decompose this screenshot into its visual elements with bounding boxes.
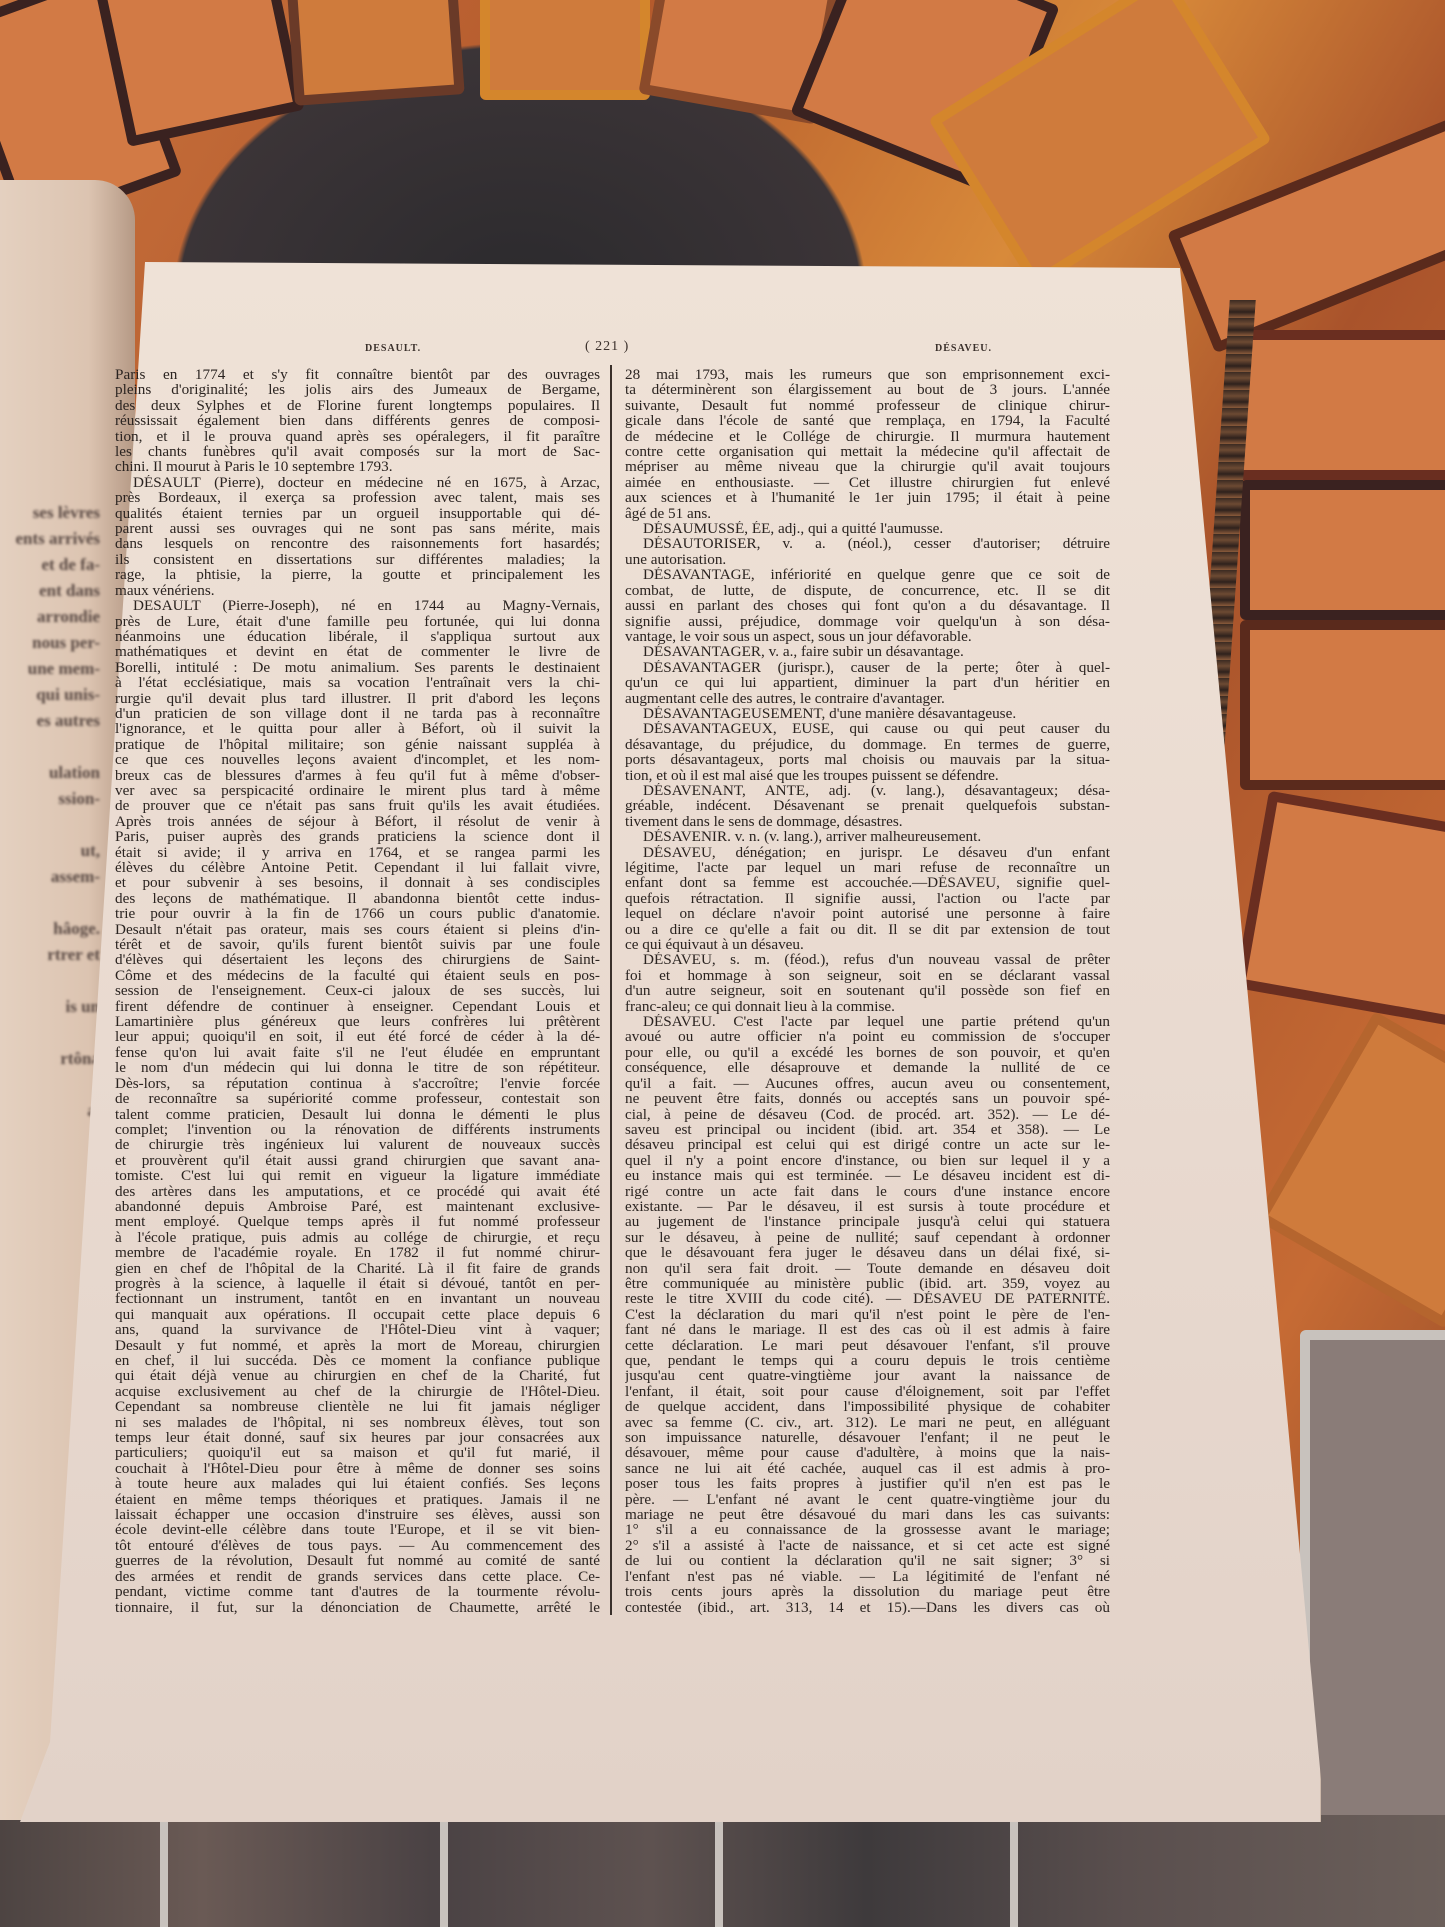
text-line: qu'un ce qui lui appartient, diminuer la…	[625, 675, 1110, 690]
left-column: Paris en 1774 et s'y fit connaître bient…	[115, 367, 600, 1615]
text-line: Paris, puiser auprès des grands praticie…	[115, 829, 600, 844]
text-line: l'ignorance, et le quitta pour aller à B…	[115, 721, 600, 736]
text-line: contre cette organisation qui mettait la…	[625, 444, 1110, 459]
mosaic-tile	[480, 0, 650, 100]
text-line: enfant dont sa femme est accouchée.—DÉSA…	[625, 875, 1110, 890]
text-line: DÉSAVEU, s. m. (féod.), refus d'un nouve…	[625, 952, 1110, 967]
mosaic-tile	[1240, 620, 1445, 790]
text-line: tionnaire, il fut, sur la dénonciation d…	[115, 1600, 600, 1615]
text-line: Borelli, intitulé : De motu animalium. S…	[115, 660, 600, 675]
text-line: pleins d'originalité; les jolis airs des…	[115, 382, 600, 397]
text-line: désavouer, même pour cause d'adultère, à…	[625, 1445, 1110, 1460]
text-line: être communiquée au ministère public (ib…	[625, 1276, 1110, 1291]
text-line: térêt et de savoir, qu'ils furent bientô…	[115, 937, 600, 952]
text-line: ment employé. Quelque temps après il fut…	[115, 1214, 600, 1229]
text-line: que, pendant le temps qui a couru depuis…	[625, 1353, 1110, 1368]
text-line: de reconnaître sa supériorité comme prof…	[115, 1091, 600, 1106]
text-line: augmentant celle des autres, le contrair…	[625, 691, 1110, 706]
facing-text-fragment	[0, 734, 100, 760]
facing-text-fragment: une mem-	[0, 656, 100, 682]
text-line: quefois rétractation. Il signifie aussi,…	[625, 891, 1110, 906]
text-line: pendant, victime comme tant d'autres de …	[115, 1584, 600, 1599]
mosaic-tile	[1230, 330, 1445, 480]
facing-text-fragment: ssion-	[0, 786, 100, 812]
text-line: parent aussi ses ouvrages qui ne sont pa…	[115, 521, 600, 536]
text-line: poser tous les faits propres à justifier…	[625, 1476, 1110, 1491]
mosaic-tile	[1255, 1011, 1445, 1329]
text-line: DESAULT (Pierre-Joseph), né en 1744 au M…	[115, 598, 600, 613]
text-line: des armées et rendit de grands services …	[115, 1569, 600, 1584]
text-line: de chirurgie très ingénieux lui valurent…	[115, 1137, 600, 1152]
text-line: de prouver que ce n'était pas sans fruit…	[115, 798, 600, 813]
facing-text-fragment: ses lèvres	[0, 500, 100, 526]
text-line: saveu est principal ou incident (ibid. a…	[625, 1122, 1110, 1137]
right-column: 28 mai 1793, mais les rumeurs que son em…	[625, 367, 1110, 1615]
text-line: au jugement de l'instance principale jus…	[625, 1214, 1110, 1229]
text-line: père. — L'enfant né avant le cent quatre…	[625, 1492, 1110, 1507]
text-line: tion, et il le prouva quand après ses op…	[115, 429, 600, 444]
mosaic-grout	[160, 1815, 168, 1927]
text-line: Cependant sa nombreuse clientèle ne lui …	[115, 1399, 600, 1414]
text-line: Après trois années de séjour à Béfort, i…	[115, 814, 600, 829]
mosaic-tile	[1240, 480, 1445, 620]
text-line: DÉSAUTORISER, v. a. (néol.), cesser d'au…	[625, 536, 1110, 551]
text-line: non qu'il sera fait droit. — Toute deman…	[625, 1261, 1110, 1276]
text-line: près de Lure, était d'une famille peu fo…	[115, 614, 600, 629]
text-line: en chef, il lui succéda. Dès ce moment l…	[115, 1353, 600, 1368]
text-line: de lui ou contient la déclaration qu'il …	[625, 1553, 1110, 1568]
column-divider	[610, 365, 612, 1615]
facing-text-fragment: ut,	[0, 838, 100, 864]
facing-text-fragment	[0, 890, 100, 916]
text-line: acquise exclusivement au chef de la chir…	[115, 1384, 600, 1399]
page-content: DESAULT. ( 221 ) DÉSAVEU. Paris en 1774 …	[115, 345, 1115, 1675]
text-line: couchait à l'Hôtel-Dieu pour être à même…	[115, 1461, 600, 1476]
text-line: Desault y fut nommé, et après la mort de…	[115, 1338, 600, 1353]
text-line: 2° s'il a assisté à l'acte de naissance,…	[625, 1538, 1110, 1553]
text-line: laissait échapper une occasion d'instrui…	[115, 1507, 600, 1522]
text-line: foi et hommage à son seigneur, soit en s…	[625, 968, 1110, 983]
text-line: ports désavantageux, ports mal choisis o…	[625, 752, 1110, 767]
facing-text-fragment: qui unis-	[0, 682, 100, 708]
text-line: ver avec sa perspicacité ordinaire le mi…	[115, 783, 600, 798]
text-line: sance ne lui ait été cachée, auquel cas …	[625, 1461, 1110, 1476]
text-line: C'est la déclaration du mari qu'il n'est…	[625, 1307, 1110, 1322]
text-line: son impuissance naturelle, désavouer l'e…	[625, 1430, 1110, 1445]
text-line: chini. Il mourut à Paris le 10 septembre…	[115, 459, 600, 474]
text-line: particuliers; quoiqu'il eut sa maison et…	[115, 1445, 600, 1460]
text-line: avec sa femme (C. civ., art. 312). Le ma…	[625, 1415, 1110, 1430]
text-line: et prouvèrent qu'il était aussi grand ch…	[115, 1153, 600, 1168]
mosaic-tile	[1300, 1330, 1445, 1850]
text-line: dans lesquels on rencontre des raisonnem…	[115, 536, 600, 551]
facing-text-fragment: assem-	[0, 864, 100, 890]
text-line: talent comme praticien, Desault lui donn…	[115, 1107, 600, 1122]
text-line: complet; l'invention ou la rénovation de…	[115, 1122, 600, 1137]
text-line: gien en chef de l'hôpital de la Charité.…	[115, 1261, 600, 1276]
text-line: et pour subvenir à ses besoins, il donna…	[115, 875, 600, 890]
facing-text-fragment: rtrer et	[0, 942, 100, 968]
text-line: étaient en même temps théoriques et prat…	[115, 1492, 600, 1507]
text-line: aussi en parlant des choses qui font qu'…	[625, 598, 1110, 613]
text-line: tivement dans le sens de dommage, désast…	[625, 814, 1110, 829]
text-line: gicale dans l'école de santé que remplaç…	[625, 413, 1110, 428]
running-head-right: DÉSAVEU.	[935, 343, 992, 354]
text-line: fant né dans le mariage. Il est des cas …	[625, 1322, 1110, 1337]
text-line: DÉSAVANTAGEUSEMENT, d'une manière désava…	[625, 706, 1110, 721]
text-line: eu instance mais qui est terminée. — Le …	[625, 1168, 1110, 1183]
facing-text-fragment: ulation	[0, 760, 100, 786]
text-line: combat, de lutte, de dispute, de concurr…	[625, 583, 1110, 598]
text-line: mépriser au même niveau que la chirurgie…	[625, 459, 1110, 474]
text-line: rage, la phtisie, la pierre, la goutte e…	[115, 567, 600, 582]
text-line: tôt entouré d'élèves de tous pays. — Au …	[115, 1538, 600, 1553]
text-line: maux vénériens.	[115, 583, 600, 598]
text-line: ce que ces nouvelles leçons avaient d'in…	[115, 752, 600, 767]
text-line: désavantage, du préjudice, du dommage. E…	[625, 737, 1110, 752]
text-line: Côme et des médecins de la faculté qui é…	[115, 968, 600, 983]
text-line: gréable, indécent. Désavenant se prenait…	[625, 798, 1110, 813]
text-line: DÉSAVENIR. v. n. (v. lang.), arriver mal…	[625, 829, 1110, 844]
text-line: reste le titre XVIII du code cité). — DÉ…	[625, 1291, 1110, 1306]
facing-text-fragment: nous per-	[0, 630, 100, 656]
text-line: rurgie qu'il devait plus tard illustrer.…	[115, 691, 600, 706]
text-line: quel il n'y a point encore d'instance, o…	[625, 1153, 1110, 1168]
text-line: néanmoins une éducation libérale, il s'a…	[115, 629, 600, 644]
text-line: qu'il a fait. — Aucunes offres, aucun av…	[625, 1076, 1110, 1091]
text-line: d'un praticien de son village dont il ne…	[115, 706, 600, 721]
text-line: qui manquait aux opérations. Il occupait…	[115, 1307, 600, 1322]
text-line: Lamartinière plus généreux que leurs con…	[115, 1014, 600, 1029]
facing-text-fragment: a.	[0, 1098, 100, 1124]
text-line: à toute heure aux malades qui lui étaien…	[115, 1476, 600, 1491]
text-line: près Bordeaux, il exerça sa profession a…	[115, 490, 600, 505]
text-line: cial, à peine de désaveu (Cod. de procéd…	[625, 1107, 1110, 1122]
text-line: jusqu'au cent quatre-vingtième jour avan…	[625, 1368, 1110, 1383]
text-line: désaveu principal est celui qui est diri…	[625, 1137, 1110, 1152]
text-line: DÉSAVANTAGEUX, EUSE, qui cause ou qui pe…	[625, 721, 1110, 736]
text-line: DÉSAVENANT, ANTE, adj. (v. lang.), désav…	[625, 783, 1110, 798]
facing-text-fragment	[0, 812, 100, 838]
text-line: breux cas de blessures d'armes à feu qu'…	[115, 768, 600, 783]
text-line: existante. — Par le désaveu, il est surs…	[625, 1199, 1110, 1214]
text-line: l'enfant n'est pas né viable. — La légit…	[625, 1569, 1110, 1584]
text-line: d'élèves qui désertaient les leçons des …	[115, 952, 600, 967]
text-line: avoué ou autre officier n'a point eu com…	[625, 1029, 1110, 1044]
text-line: signifie aussi, préjudice, dommage voir …	[625, 614, 1110, 629]
text-line: ans, quand la survivance de l'Hôtel-Dieu…	[115, 1322, 600, 1337]
text-line: ils consistent en dissertations sur diff…	[115, 552, 600, 567]
text-line: sur le désaveu, à peine de nullité; sauf…	[625, 1230, 1110, 1245]
text-line: progrès à la science, à laquelle il étai…	[115, 1276, 600, 1291]
text-line: le nom d'un médecin qui lui donna le tit…	[115, 1060, 600, 1075]
text-line: aux sciences et à l'humanité le 1er juin…	[625, 490, 1110, 505]
text-line: une autorisation.	[625, 552, 1110, 567]
text-line: ta déterminèrent son élargissement au bo…	[625, 382, 1110, 397]
text-line: membre de l'académie royale. En 1782 il …	[115, 1245, 600, 1260]
text-line: fectionnant un instrument, tantôt en en …	[115, 1291, 600, 1306]
text-line: mariage ne peut être désavoué du mari da…	[625, 1507, 1110, 1522]
text-line: tion, et où il est mal aisé que les trou…	[625, 768, 1110, 783]
text-line: DÉSAVEU. C'est l'acte par lequel une par…	[625, 1014, 1110, 1029]
text-line: contestée (ibid., art. 313, 14 et 15).—D…	[625, 1600, 1110, 1615]
mosaic-tile	[95, 0, 304, 147]
text-line: session de l'enseignement. Ceux-ci jalou…	[115, 983, 600, 998]
facing-text-fragment: hâoge.	[0, 916, 100, 942]
text-line: des leçons de mathématique. Il abandonna…	[115, 891, 600, 906]
text-line: à l'école pratique, puis admis au collég…	[115, 1230, 600, 1245]
page-number: ( 221 )	[585, 339, 629, 355]
facing-text-fragment: rtôna	[0, 1046, 100, 1072]
text-line: DÉSAVANTAGE, infériorité en quelque genr…	[625, 567, 1110, 582]
text-line: guerres de la révolution, Desault fut no…	[115, 1553, 600, 1568]
text-line: les chants funèbres qu'il avait composés…	[115, 444, 600, 459]
text-line: DÉSAVEU, dénégation; en jurispr. Le désa…	[625, 845, 1110, 860]
text-line: ne peuvent être faits, donnés ou accepté…	[625, 1091, 1110, 1106]
text-line: pratique de l'hôpital militaire; son gén…	[115, 737, 600, 752]
facing-text-fragment	[0, 1072, 100, 1098]
facing-page-text: ses lèvresents arrivéset de fa-ent dansa…	[0, 500, 100, 1124]
text-line: DÉSAULT (Pierre), docteur en médecine né…	[115, 475, 600, 490]
text-line: leur appui; quoiqu'il en soit, il eut ét…	[115, 1029, 600, 1044]
text-line: que le désavouant fera juger le désaveu …	[625, 1245, 1110, 1260]
facing-text-fragment: et de fa-	[0, 552, 100, 578]
facing-text-fragment: ents arrivés	[0, 526, 100, 552]
text-line: fense qu'on lui avait faite s'il ne l'eu…	[115, 1045, 600, 1060]
text-line: l'enfant, il était, soit pour cause d'él…	[625, 1384, 1110, 1399]
text-line: abandonné depuis Ambroise Paré, est main…	[115, 1199, 600, 1214]
text-line: DÉSAVANTAGER, v. a., faire subir un désa…	[625, 644, 1110, 659]
text-line: tomiste. C'est lui qui remit en vigueur …	[115, 1168, 600, 1183]
text-line: rigé contre un acte fait dans le cours d…	[625, 1184, 1110, 1199]
text-line: suivante, Desault fut nommé professeur d…	[625, 398, 1110, 413]
facing-text-fragment	[0, 1020, 100, 1046]
text-line: qui était déjà venue au chirurgien en ch…	[115, 1368, 600, 1383]
text-line: légitime, l'acte par lequel un mari refu…	[625, 860, 1110, 875]
mosaic-tile	[1234, 791, 1445, 1030]
text-line: temps leur était donné, sauf six heures …	[115, 1430, 600, 1445]
text-line: Desault n'était pas orateur, mais ses co…	[115, 922, 600, 937]
running-head-left: DESAULT.	[365, 343, 421, 354]
text-line: de médecine et le Collége de chirurgie. …	[625, 429, 1110, 444]
text-line: à l'état ecclésiatique, mais sa vocation…	[115, 675, 600, 690]
text-line: ni ses malades de l'hôpital, ni ses nomb…	[115, 1415, 600, 1430]
text-line: aimée en enthousiaste. — Cet illustre ch…	[625, 475, 1110, 490]
facing-text-fragment: ent dans	[0, 578, 100, 604]
mosaic-grout	[715, 1815, 723, 1927]
text-line: d'un autre seigneur, soit en soutenant q…	[625, 983, 1110, 998]
text-line: trie pour ouvrir à la fin de 1766 un cou…	[115, 906, 600, 921]
text-line: vantage, le voir sous un aspect, sous un…	[625, 629, 1110, 644]
facing-text-fragment	[0, 968, 100, 994]
text-line: conséquence, elle désaprouve et demande …	[625, 1060, 1110, 1075]
text-line: Paris en 1774 et s'y fit connaître bient…	[115, 367, 600, 382]
text-line: firent défendre de continuer à enseigner…	[115, 999, 600, 1014]
text-line: qualités étaient ternies par un orgueil …	[115, 506, 600, 521]
facing-text-fragment: arrondie	[0, 604, 100, 630]
text-line: trois cents jours après la dissolution d…	[625, 1584, 1110, 1599]
text-line: mathématiques et devint en état de comme…	[115, 644, 600, 659]
text-line: de quelque accident, dans l'impossibilit…	[625, 1399, 1110, 1414]
text-line: 28 mai 1793, mais les rumeurs que son em…	[625, 367, 1110, 382]
text-line: franc-aleu; ce qui donnait lieu à la com…	[625, 999, 1110, 1014]
facing-text-fragment: is un	[0, 994, 100, 1020]
text-line: 1° s'il a eu connaissance de la grossess…	[625, 1522, 1110, 1537]
text-line: DÉSAVANTAGER (jurispr.), causer de la pe…	[625, 660, 1110, 675]
text-line: âgé de 51 ans.	[625, 506, 1110, 521]
text-line: lequel on déclare n'avoir point autorisé…	[625, 906, 1110, 921]
text-line: réussissait également bien dans différen…	[115, 413, 600, 428]
text-line: pour elle, ou qu'il a excédé les bornes …	[625, 1045, 1110, 1060]
text-line: des artères dans les amputations, et ce …	[115, 1184, 600, 1199]
text-line: des deux Sylphes et de Florine furent lo…	[115, 398, 600, 413]
text-line: élèves du célèbre Antoine Petit. Cependa…	[115, 860, 600, 875]
text-line: Dès-lors, sa réputation continua à s'acc…	[115, 1076, 600, 1091]
text-line: ou a dire ce qu'elle a fait ou dit. Il s…	[625, 922, 1110, 937]
text-line: cette déclaration. Le mari peut désavoue…	[625, 1338, 1110, 1353]
mosaic-grout	[440, 1815, 448, 1927]
text-line: école devint-elle célèbre dans toute l'E…	[115, 1522, 600, 1537]
facing-text-fragment: es autres	[0, 708, 100, 734]
text-line: était si avide; il y arriva en 1764, et …	[115, 845, 600, 860]
mosaic-grout	[1010, 1815, 1018, 1927]
text-line: ce qui équivaut à un désaveu.	[625, 937, 1110, 952]
mosaic-tile	[285, 0, 464, 106]
text-line: DÉSAUMUSSÉ, ÉE, adj., qui a quitté l'aum…	[625, 521, 1110, 536]
